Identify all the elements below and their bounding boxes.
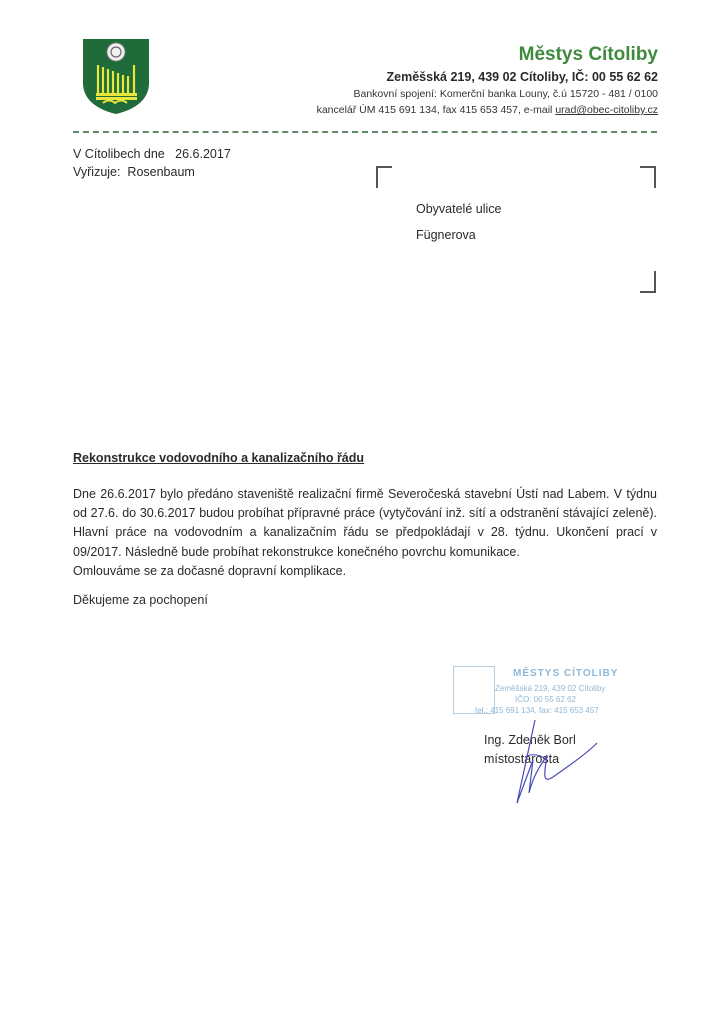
contact-phone-fax: kancelář ÚM 415 691 134, fax 415 653 457… (317, 104, 556, 116)
stamp-line-1: Zeměšská 219, 439 02 Cítoliby (495, 684, 605, 693)
body-apology: Omlouváme se za dočasné dopravní komplik… (73, 562, 657, 581)
letter-subject: Rekonstrukce vodovodního a kanalizačního… (73, 451, 364, 465)
organization-name: Městys Cítoliby (519, 44, 658, 66)
address-window-corner-top-right (640, 166, 656, 188)
place-date-label: V Cítolibech dne (73, 147, 165, 161)
letter-date: 26.6.2017 (175, 147, 231, 161)
header-divider (73, 131, 657, 133)
address-window-corner-top-left (376, 166, 392, 188)
letter-body: Dne 26.6.2017 bylo předáno staveniště re… (73, 485, 657, 581)
stamp-name: MĚSTYS CÍTOLIBY (513, 668, 618, 679)
place-and-date: V Cítolibech dne 26.6.2017 (73, 147, 231, 161)
handled-by: Vyřizuje: Rosenbaum (73, 165, 195, 179)
address-window-corner-bottom-right (640, 271, 656, 293)
handled-by-name: Rosenbaum (127, 165, 194, 179)
body-paragraph: Dne 26.6.2017 bylo předáno staveniště re… (73, 485, 657, 562)
recipient-line-1: Obyvatelé ulice (416, 202, 501, 216)
organization-address: Zeměšská 219, 439 02 Cítoliby, IČ: 00 55… (387, 70, 658, 84)
stamp-line-2: IČO: 00 55 62 62 (515, 695, 576, 704)
handled-by-label: Vyřizuje: (73, 165, 120, 179)
recipient-line-2: Fügnerova (416, 228, 476, 242)
bank-details: Bankovní spojení: Komerční banka Louny, … (353, 88, 658, 100)
stamp-line-3: tel.: 415 691 134, fax: 415 653 457 (475, 706, 599, 715)
municipal-crest-logo (81, 37, 151, 115)
closing-thanks: Děkujeme za pochopení (73, 593, 208, 607)
contact-details: kancelář ÚM 415 691 134, fax 415 653 457… (317, 104, 658, 116)
email-link[interactable]: urad@obec-citoliby.cz (555, 104, 658, 116)
handwritten-signature (505, 715, 605, 810)
